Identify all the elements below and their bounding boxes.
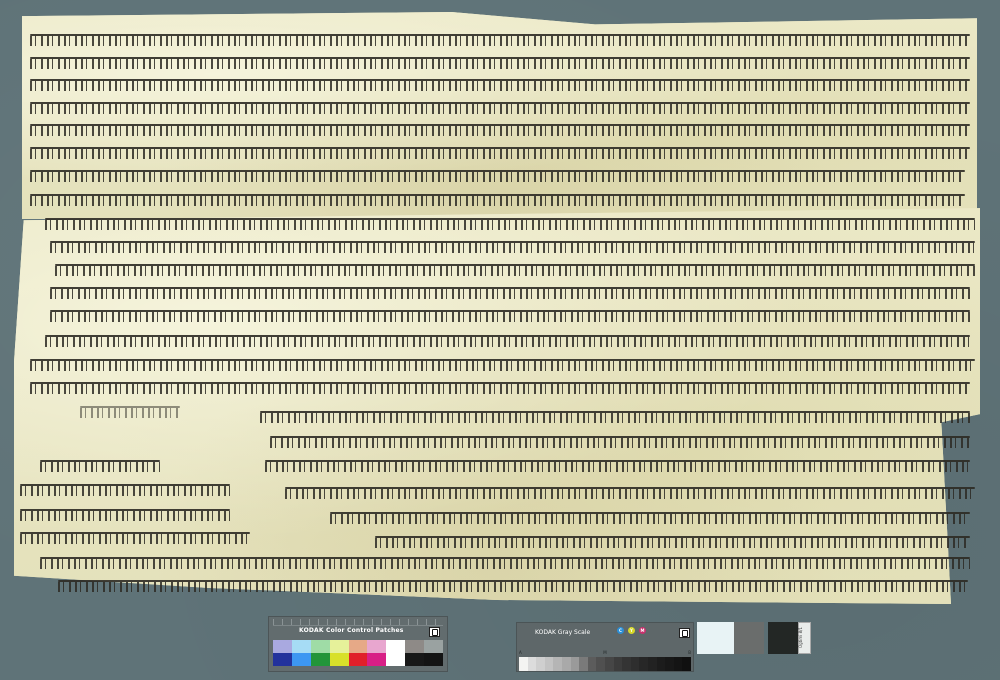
- gray-step: [579, 657, 588, 671]
- manuscript-text-line: line-17-fragment: [80, 404, 180, 418]
- manuscript-text-line: line-6: [30, 145, 970, 159]
- manuscript-text-line: line-7: [30, 168, 965, 182]
- gray-step: [605, 657, 614, 671]
- mark-b: B: [688, 650, 691, 656]
- cyan-dot-icon: C: [617, 627, 624, 634]
- gray-step: [622, 657, 631, 671]
- manuscript-text-line: line-4: [30, 100, 970, 114]
- ruler-tag: Ogtimi 8/1: [798, 622, 811, 654]
- gray-step-strip: [519, 657, 691, 671]
- mark-a: A: [519, 650, 522, 656]
- manuscript-text-line: line-3: [30, 77, 970, 91]
- manuscript-text-line: margin-line-c: [20, 507, 230, 521]
- gray-step: [588, 657, 597, 671]
- manuscript-text-line: line-20: [265, 458, 970, 472]
- manuscript-text-line: margin-line-d: [20, 530, 250, 544]
- color-patch-3-color: [405, 653, 424, 666]
- manuscript-text-line: line-2: [30, 55, 970, 69]
- manuscript-text-line: line-5: [30, 122, 970, 136]
- gray-step: [528, 657, 537, 671]
- reference-card: [697, 622, 734, 654]
- mark-m: M: [603, 650, 606, 656]
- color-patch-red: [349, 640, 368, 653]
- manuscript-text-line: line-1: [30, 32, 970, 46]
- manuscript-text-line: line-24: [40, 555, 970, 569]
- ruler-tag-text: Ogtimi 8/1: [798, 627, 803, 648]
- manuscript-text-line: line-22: [330, 510, 970, 524]
- color-patch-yellow: [330, 640, 349, 653]
- yellow-dot-icon: Y: [628, 627, 635, 634]
- color-target-title: KODAK Color Control Patches: [299, 627, 404, 634]
- patch-row-bottom: [273, 653, 443, 666]
- color-patch-green: [311, 640, 330, 653]
- manuscript-text-line: line-19: [270, 434, 970, 448]
- gray-step: [648, 657, 657, 671]
- magenta-dot-icon: M: [639, 627, 646, 634]
- gray-step: [571, 657, 580, 671]
- kodak-gray-scale-target: KODAK Gray Scale C Y M A M B: [516, 622, 694, 672]
- manuscript-text-line: line-11: [55, 262, 975, 276]
- manuscript-text-line: line-13: [50, 308, 970, 322]
- color-patch-cyan: [292, 653, 311, 666]
- manuscript-text-line: line-21: [285, 485, 975, 499]
- color-patch-blue: [273, 653, 292, 666]
- manuscript-text-line: line-23: [375, 534, 970, 548]
- gray-scale-title: KODAK Gray Scale: [535, 629, 590, 636]
- gray-step: [519, 657, 528, 671]
- gray-step: [682, 657, 691, 671]
- color-patch-blue: [273, 640, 292, 653]
- gray-step: [631, 657, 640, 671]
- gray-step: [562, 657, 571, 671]
- manuscript-text-line: line-16: [30, 380, 970, 394]
- patch-row-top: [273, 640, 443, 653]
- color-patch-green: [311, 653, 330, 666]
- manuscript-text-line: margin-line-a: [40, 458, 160, 472]
- gray-step: [657, 657, 666, 671]
- gray-step: [639, 657, 648, 671]
- gray-step: [545, 657, 554, 671]
- color-patch-white: [386, 653, 405, 666]
- kodak-logo-icon: [679, 628, 690, 638]
- reference-card: [734, 622, 764, 654]
- color-patch-yellow: [330, 653, 349, 666]
- color-patch-cyan: [292, 640, 311, 653]
- color-patch-magenta: [367, 653, 386, 666]
- manuscript-text-line: line-10: [50, 239, 975, 253]
- manuscript-text-line: line-8: [30, 192, 965, 206]
- gray-step: [674, 657, 683, 671]
- gray-step: [665, 657, 674, 671]
- manuscript-text-line: line-18: [260, 409, 970, 423]
- manuscript-text-line: line-25: [58, 578, 968, 592]
- kodak-logo-icon: [429, 627, 440, 637]
- gray-step: [596, 657, 605, 671]
- gray-step: [614, 657, 623, 671]
- color-patch-red: [349, 653, 368, 666]
- gray-step: [553, 657, 562, 671]
- manuscript-text-line: margin-line-b: [20, 482, 230, 496]
- reference-card: [768, 622, 798, 654]
- color-patch-magenta: [367, 640, 386, 653]
- color-patch-black: [424, 640, 443, 653]
- gray-step: [536, 657, 545, 671]
- color-patch-white: [386, 640, 405, 653]
- gray-scale-marks: A M B: [519, 650, 691, 656]
- manuscript-text-line: line-12: [50, 285, 970, 299]
- color-patch-3-color: [405, 640, 424, 653]
- kodak-color-control-target: KODAK Color Control Patches: [268, 616, 448, 672]
- color-patch-black: [424, 653, 443, 666]
- manuscript-text-line: line-15: [30, 357, 975, 371]
- manuscript-text-line: line-14: [45, 333, 970, 347]
- manuscript-text-line: line-9: [45, 216, 975, 230]
- inch-ruler: [273, 619, 443, 626]
